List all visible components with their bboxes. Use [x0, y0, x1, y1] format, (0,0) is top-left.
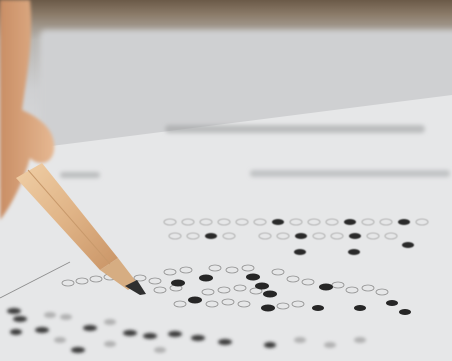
answer-sheet: [0, 0, 452, 361]
photo-scene: [0, 0, 452, 361]
